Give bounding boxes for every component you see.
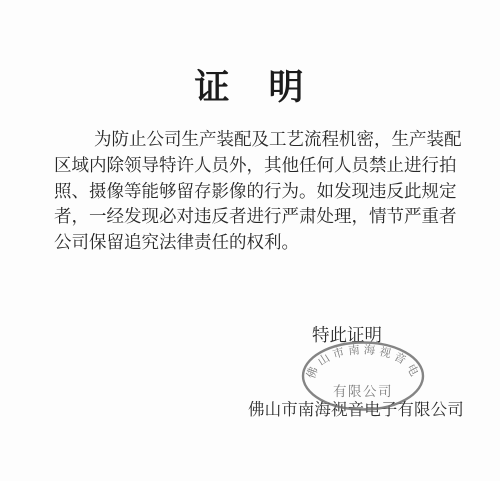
document-title: 证 明: [0, 60, 500, 110]
body-paragraph: 为防止公司生产装配及工艺流程机密，生产装配 区域内除领导特许人员外，其他任何人员…: [54, 127, 462, 256]
certificate-document: 证 明 为防止公司生产装配及工艺流程机密，生产装配 区域内除领导特许人员外，其他…: [0, 0, 500, 481]
body-line: 为防止公司生产装配及工艺流程机密，生产装配: [54, 127, 462, 153]
body-line: 者，一经发现必对违反者进行严肃处理，情节严重者: [54, 204, 462, 230]
seal-border: [303, 343, 423, 410]
company-seal-stamp: 佛山市南海视音电子 有限公司: [297, 338, 429, 416]
body-line: 区域内除领导特许人员外，其他任何人员禁止进行拍: [54, 153, 462, 179]
body-line: 公司保留追究法律责任的权利。: [54, 230, 462, 256]
seal-arc-text: 佛山市南海视音电子: [297, 338, 422, 380]
body-line: 照、摄像等能够留存影像的行为。如发现违反此规定: [54, 179, 462, 205]
seal-center-text: 有限公司: [333, 384, 393, 399]
